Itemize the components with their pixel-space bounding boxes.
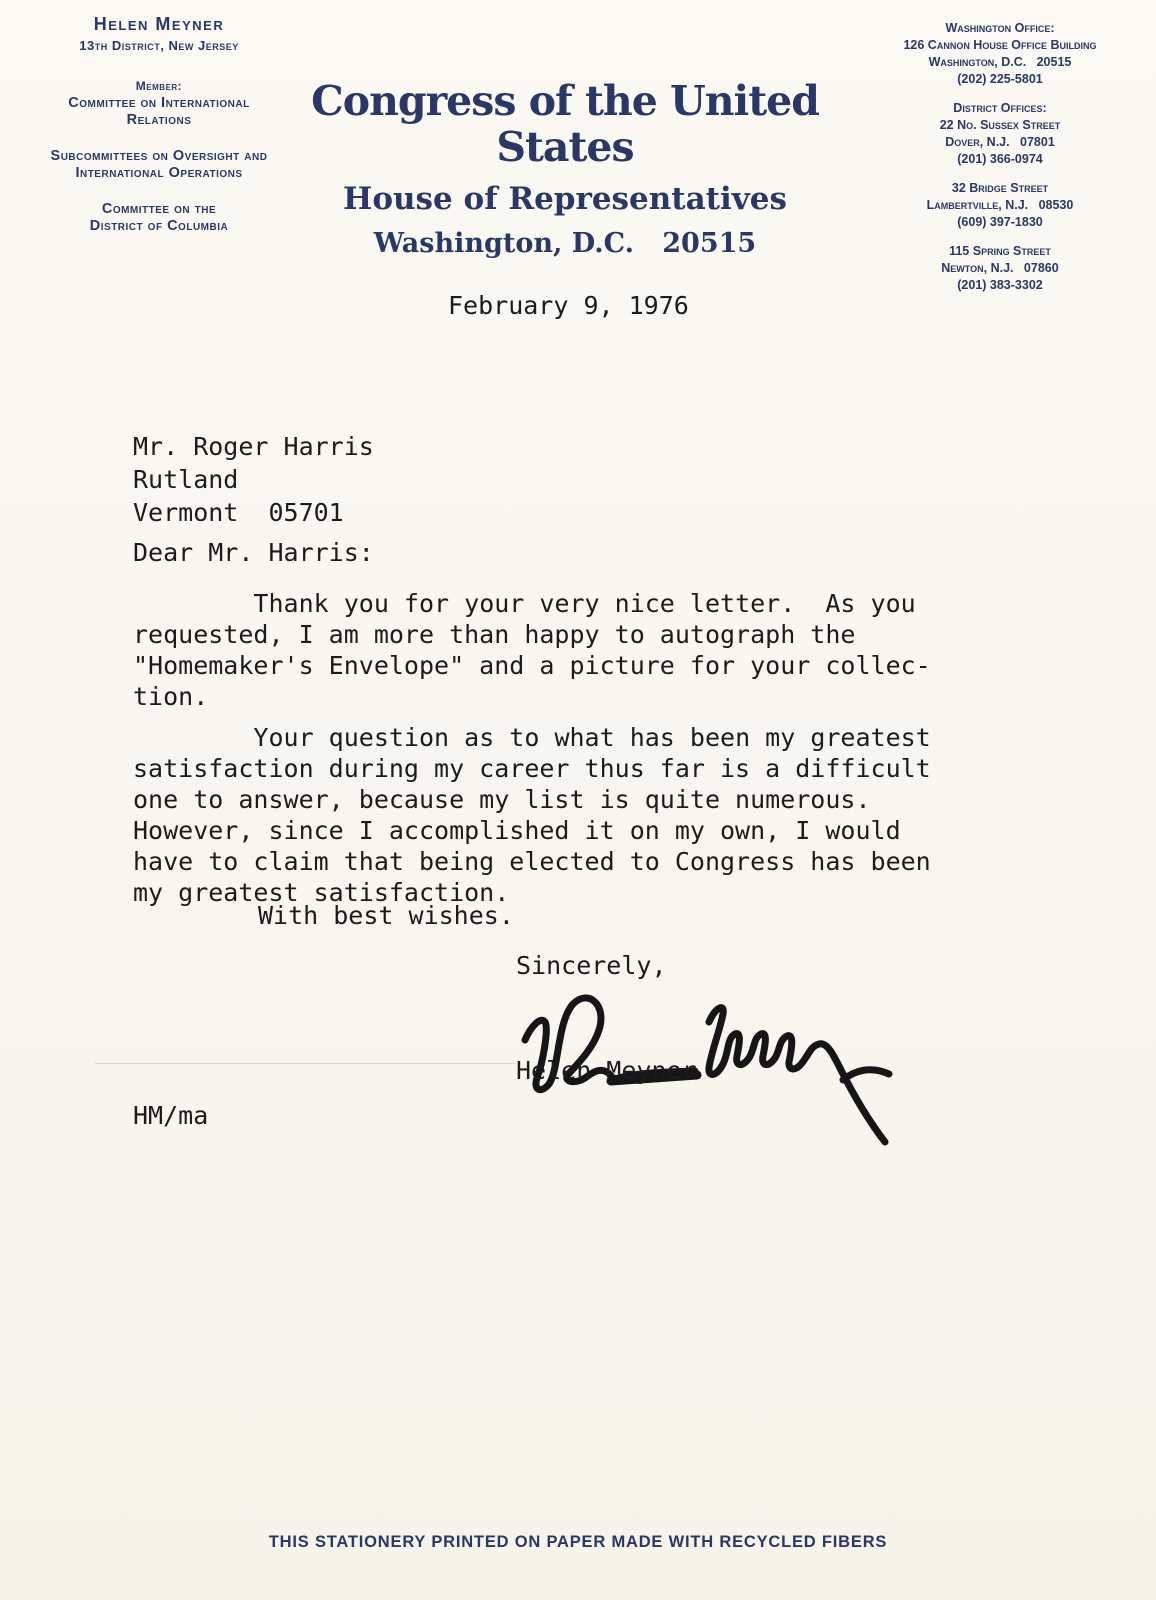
office-line: (201) 383-3302 xyxy=(848,277,1152,294)
district-office-group-1: District Offices: 22 No. Sussex Street D… xyxy=(848,100,1152,168)
office-line: (202) 225-5801 xyxy=(848,71,1152,88)
district-office-group-2: 32 Bridge Street Lambertville, N.J. 0853… xyxy=(848,180,1152,231)
member-label: Member: xyxy=(6,79,312,93)
office-line: Newton, N.J. 07860 xyxy=(848,260,1152,277)
body-paragraph-2: Your question as to what has been my gre… xyxy=(133,722,1013,908)
office-line: 32 Bridge Street xyxy=(848,180,1152,197)
signed-name: Helen Meyner xyxy=(516,1055,697,1086)
closing-line: With best wishes. xyxy=(258,900,514,931)
office-line: 115 Spring Street xyxy=(848,243,1152,260)
scan-crease xyxy=(95,1063,515,1064)
recycled-paper-notice: THIS STATIONERY PRINTED ON PAPER MADE WI… xyxy=(0,1533,1156,1552)
office-line: Washington, D.C. 20515 xyxy=(848,54,1152,71)
date-line: February 9, 1976 xyxy=(448,290,689,321)
committee-3: Committee on the District of Columbia xyxy=(6,201,312,235)
committee-2: Subcommittees on Oversight and Internati… xyxy=(6,148,312,182)
office-line: 126 Cannon House Office Building xyxy=(848,37,1152,54)
office-line: Lambertville, N.J. 08530 xyxy=(848,197,1152,214)
washington-office-group: Washington Office: 126 Cannon House Offi… xyxy=(848,20,1152,88)
representative-name: Helen Meyner xyxy=(6,14,312,35)
committee-1: Committee on International Relations xyxy=(6,95,312,129)
masthead-house: House of Representatives xyxy=(295,182,835,216)
typist-initials: HM/ma xyxy=(133,1100,208,1131)
letterhead-right-block: Washington Office: 126 Cannon House Offi… xyxy=(848,20,1152,306)
masthead-washington: Washington, D.C. 20515 xyxy=(295,229,835,259)
body-paragraph-1: Thank you for your very nice letter. As … xyxy=(133,588,993,712)
office-line: 22 No. Sussex Street xyxy=(848,117,1152,134)
office-line: (201) 366-0974 xyxy=(848,151,1152,168)
district-line: 13th District, New Jersey xyxy=(6,38,312,53)
office-line: Dover, N.J. 07801 xyxy=(848,134,1152,151)
office-label: Washington Office: xyxy=(848,20,1152,37)
letter-page: Helen Meyner 13th District, New Jersey M… xyxy=(0,0,1156,1600)
office-label: District Offices: xyxy=(848,100,1152,117)
office-line: (609) 397-1830 xyxy=(848,214,1152,231)
recipient-address: Mr. Roger Harris Rutland Vermont 05701 xyxy=(133,430,374,529)
masthead-congress: Congress of the United States xyxy=(295,78,835,170)
letterhead-left-block: Helen Meyner 13th District, New Jersey M… xyxy=(6,14,312,254)
masthead: Congress of the United States House of R… xyxy=(295,78,835,259)
salutation: Dear Mr. Harris: xyxy=(133,537,374,568)
district-office-group-3: 115 Spring Street Newton, N.J. 07860 (20… xyxy=(848,243,1152,294)
